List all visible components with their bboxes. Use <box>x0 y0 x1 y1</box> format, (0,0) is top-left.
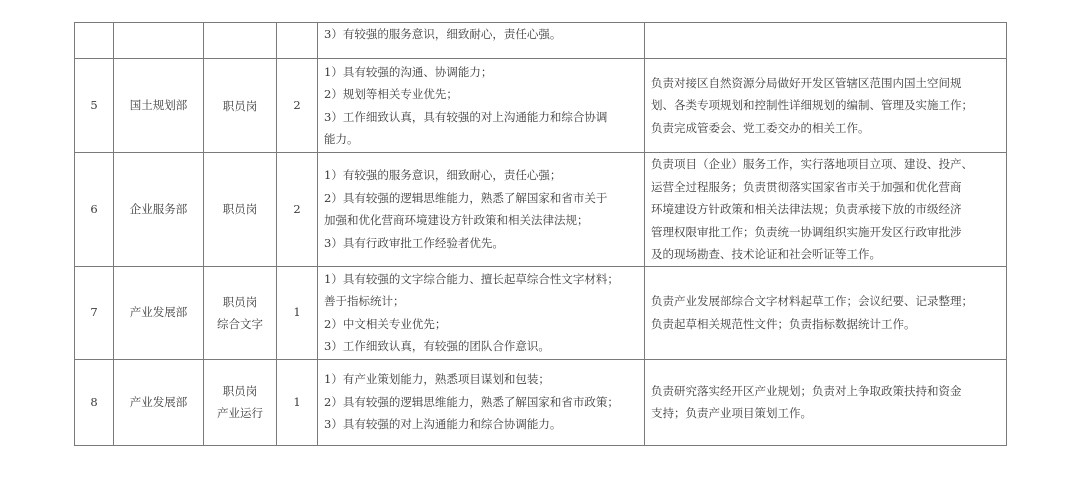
cell-headcount <box>277 23 318 59</box>
position-line: 职员岗 <box>204 291 276 313</box>
cell-duties <box>645 23 1007 59</box>
cell-index: 8 <box>75 359 114 445</box>
table-row: 8产业发展部职员岗产业运行11）有产业策划能力，熟悉项目谋划和包装；2）具有较强… <box>75 359 1007 445</box>
position-line: 职员岗 <box>204 198 276 220</box>
cell-requirements: 1）具有较强的沟通、协调能力；2）规划等相关专业优先；3）工作细致认真，具有较强… <box>318 59 645 153</box>
duty-line: 支持；负责产业项目策划工作。 <box>651 402 1000 425</box>
cell-requirements: 1）有较强的服务意识，细致耐心，责任心强；2）具有较强的逻辑思维能力，熟悉了解国… <box>318 153 645 267</box>
requirement-line: 2）规划等相关专业优先； <box>324 83 638 106</box>
cell-department: 产业发展部 <box>114 266 204 359</box>
requirement-line: 3）工作细致认真，有较强的团队合作意识。 <box>324 335 638 358</box>
duty-line: 环境建设方针政策和相关法律法规；负责承接下放的市级经济 <box>651 198 1000 221</box>
position-line: 职员岗 <box>204 95 276 117</box>
requirement-line: 能力。 <box>324 128 638 151</box>
cell-department: 国土规划部 <box>114 59 204 153</box>
cell-requirements: 3）有较强的服务意识，细致耐心，责任心强。 <box>318 23 645 59</box>
table-row: 3）有较强的服务意识，细致耐心，责任心强。 <box>75 23 1007 59</box>
position-line: 综合文字 <box>204 313 276 335</box>
cell-department: 产业发展部 <box>114 359 204 445</box>
position-line: 产业运行 <box>204 402 276 424</box>
position-line: 职员岗 <box>204 380 276 402</box>
cell-duties: 负责研究落实经开区产业规划；负责对上争取政策扶持和资金支持；负责产业项目策划工作… <box>645 359 1007 445</box>
cell-index: 6 <box>75 153 114 267</box>
duty-line: 运营全过程服务；负责贯彻落实国家省市关于加强和优化营商 <box>651 176 1000 199</box>
cell-index: 5 <box>75 59 114 153</box>
table-body: 3）有较强的服务意识，细致耐心，责任心强。5国土规划部职员岗21）具有较强的沟通… <box>75 23 1007 446</box>
requirement-line: 1）有产业策划能力，熟悉项目谋划和包装； <box>324 368 638 391</box>
cell-position: 职员岗 <box>204 153 277 267</box>
table-row: 6企业服务部职员岗21）有较强的服务意识，细致耐心，责任心强；2）具有较强的逻辑… <box>75 153 1007 267</box>
requirement-line: 3）具有较强的对上沟通能力和综合协调能力。 <box>324 413 638 436</box>
requirement-line: 3）工作细致认真，具有较强的对上沟通能力和综合协调 <box>324 106 638 129</box>
cell-department: 企业服务部 <box>114 153 204 267</box>
duty-line: 负责对接区自然资源分局做好开发区管辖区范围内国土空间规 <box>651 72 1000 95</box>
duty-line: 划、各类专项规划和控制性详细规划的编制、管理及实施工作； <box>651 94 1000 117</box>
cell-duties: 负责对接区自然资源分局做好开发区管辖区范围内国土空间规划、各类专项规划和控制性详… <box>645 59 1007 153</box>
cell-position: 职员岗综合文字 <box>204 266 277 359</box>
cell-headcount: 1 <box>277 359 318 445</box>
requirement-line: 3）有较强的服务意识，细致耐心，责任心强。 <box>324 23 638 46</box>
cell-index <box>75 23 114 59</box>
job-requirements-table: 3）有较强的服务意识，细致耐心，责任心强。5国土规划部职员岗21）具有较强的沟通… <box>74 22 1007 446</box>
cell-duties: 负责项目（企业）服务工作，实行落地项目立项、建设、投产、运营全过程服务；负责贯彻… <box>645 153 1007 267</box>
cell-headcount: 1 <box>277 266 318 359</box>
duty-line: 管理权限审批工作；负责统一协调组织实施开发区行政审批涉 <box>651 221 1000 244</box>
duty-line: 负责研究落实经开区产业规划；负责对上争取政策扶持和资金 <box>651 380 1000 403</box>
table-row: 5国土规划部职员岗21）具有较强的沟通、协调能力；2）规划等相关专业优先；3）工… <box>75 59 1007 153</box>
cell-duties: 负责产业发展部综合文字材料起草工作；会议纪要、记录整理；负责起草相关规范性文件；… <box>645 266 1007 359</box>
cell-position: 职员岗 <box>204 59 277 153</box>
duty-line: 负责起草相关规范性文件；负责指标数据统计工作。 <box>651 313 1000 336</box>
requirement-line: 善于指标统计； <box>324 290 638 313</box>
requirement-line: 3）具有行政审批工作经验者优先。 <box>324 232 638 255</box>
requirement-line: 2）具有较强的逻辑思维能力，熟悉了解国家和省市关于 <box>324 187 638 210</box>
requirement-line: 加强和优化营商环境建设方针政策和相关法律法规； <box>324 209 638 232</box>
cell-index: 7 <box>75 266 114 359</box>
cell-headcount: 2 <box>277 59 318 153</box>
duty-line: 负责项目（企业）服务工作，实行落地项目立项、建设、投产、 <box>651 153 1000 176</box>
cell-requirements: 1）有产业策划能力，熟悉项目谋划和包装；2）具有较强的逻辑思维能力，熟悉了解国家… <box>318 359 645 445</box>
cell-department <box>114 23 204 59</box>
duty-line: 负责完成管委会、党工委交办的相关工作。 <box>651 117 1000 140</box>
requirement-line: 1）具有较强的文字综合能力、擅长起草综合性文字材料； <box>324 268 638 291</box>
cell-requirements: 1）具有较强的文字综合能力、擅长起草综合性文字材料；善于指标统计；2）中文相关专… <box>318 266 645 359</box>
requirement-line: 2）中文相关专业优先； <box>324 313 638 336</box>
cell-position <box>204 23 277 59</box>
cell-headcount: 2 <box>277 153 318 267</box>
requirement-line: 2）具有较强的逻辑思维能力，熟悉了解国家和省市政策； <box>324 391 638 414</box>
cell-position: 职员岗产业运行 <box>204 359 277 445</box>
table-row: 7产业发展部职员岗综合文字11）具有较强的文字综合能力、擅长起草综合性文字材料；… <box>75 266 1007 359</box>
duty-line: 及的现场勘查、技术论证和社会听证等工作。 <box>651 243 1000 266</box>
requirement-line: 1）有较强的服务意识，细致耐心，责任心强； <box>324 164 638 187</box>
requirement-line: 1）具有较强的沟通、协调能力； <box>324 61 638 84</box>
duty-line: 负责产业发展部综合文字材料起草工作；会议纪要、记录整理； <box>651 290 1000 313</box>
